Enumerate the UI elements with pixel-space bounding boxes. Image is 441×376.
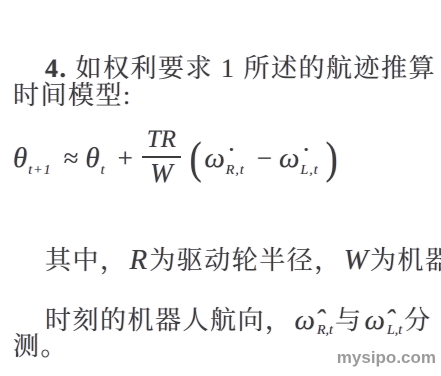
body-line-2-text-c: 分 [404, 306, 432, 335]
patent-claim-page: 4. 如权利要求 1 所述的航迹推算 时间模型: θt+1 ≈ θt + TR … [0, 0, 441, 376]
right-paren: ) [325, 135, 337, 181]
fraction-TR-over-W: TR W [142, 127, 181, 189]
minus-sign: − [257, 143, 272, 174]
left-paren: ( [190, 135, 202, 181]
theta-next-base: θ [13, 142, 27, 175]
heading-update-formula: θt+1 ≈ θt + TR W ( ω̇R,t − ω̇L,t ) [13, 116, 339, 200]
claim-line-2: 时间模型: [13, 80, 132, 111]
claim-line-1-text: 如权利要求 1 所述的航迹推算 [68, 54, 437, 83]
omega-right-wheel-base: ω̇ [204, 142, 224, 175]
body-line-1-text-b: 为驱动轮半径， [149, 246, 342, 275]
fraction-numerator: TR [142, 127, 181, 158]
body-line-1-text-c: 为机器 [370, 246, 441, 275]
omega-left-symbol-subscript: L,t [387, 323, 402, 338]
omega-right-symbol: ω̂ [293, 304, 317, 336]
claim-number: 4. [45, 54, 68, 83]
body-line-1-text-a: 其中， [45, 246, 128, 275]
body-line-2-text-a: 时刻的机器人航向， [45, 306, 293, 335]
omega-left-symbol: ω̂ [362, 304, 386, 336]
omega-right-symbol-subscript: R,t [317, 323, 333, 338]
omega-left-wheel-subscript: L,t [300, 163, 318, 179]
approx-sign: ≈ [64, 143, 79, 174]
theta-current-subscript: t [101, 163, 106, 179]
theta-next-subscript: t+1 [28, 163, 51, 179]
omega-right-wheel-subscript: R,t [226, 163, 245, 179]
body-line-2-text-b: 与 [335, 306, 363, 335]
body-line-3: 测。 [13, 331, 68, 362]
fraction-denominator: W [142, 158, 181, 189]
plus-sign: + [118, 143, 133, 174]
omega-left-wheel-base: ω̇ [279, 142, 299, 175]
theta-current-base: θ [85, 142, 99, 175]
watermark: mysipo.com [337, 348, 436, 368]
